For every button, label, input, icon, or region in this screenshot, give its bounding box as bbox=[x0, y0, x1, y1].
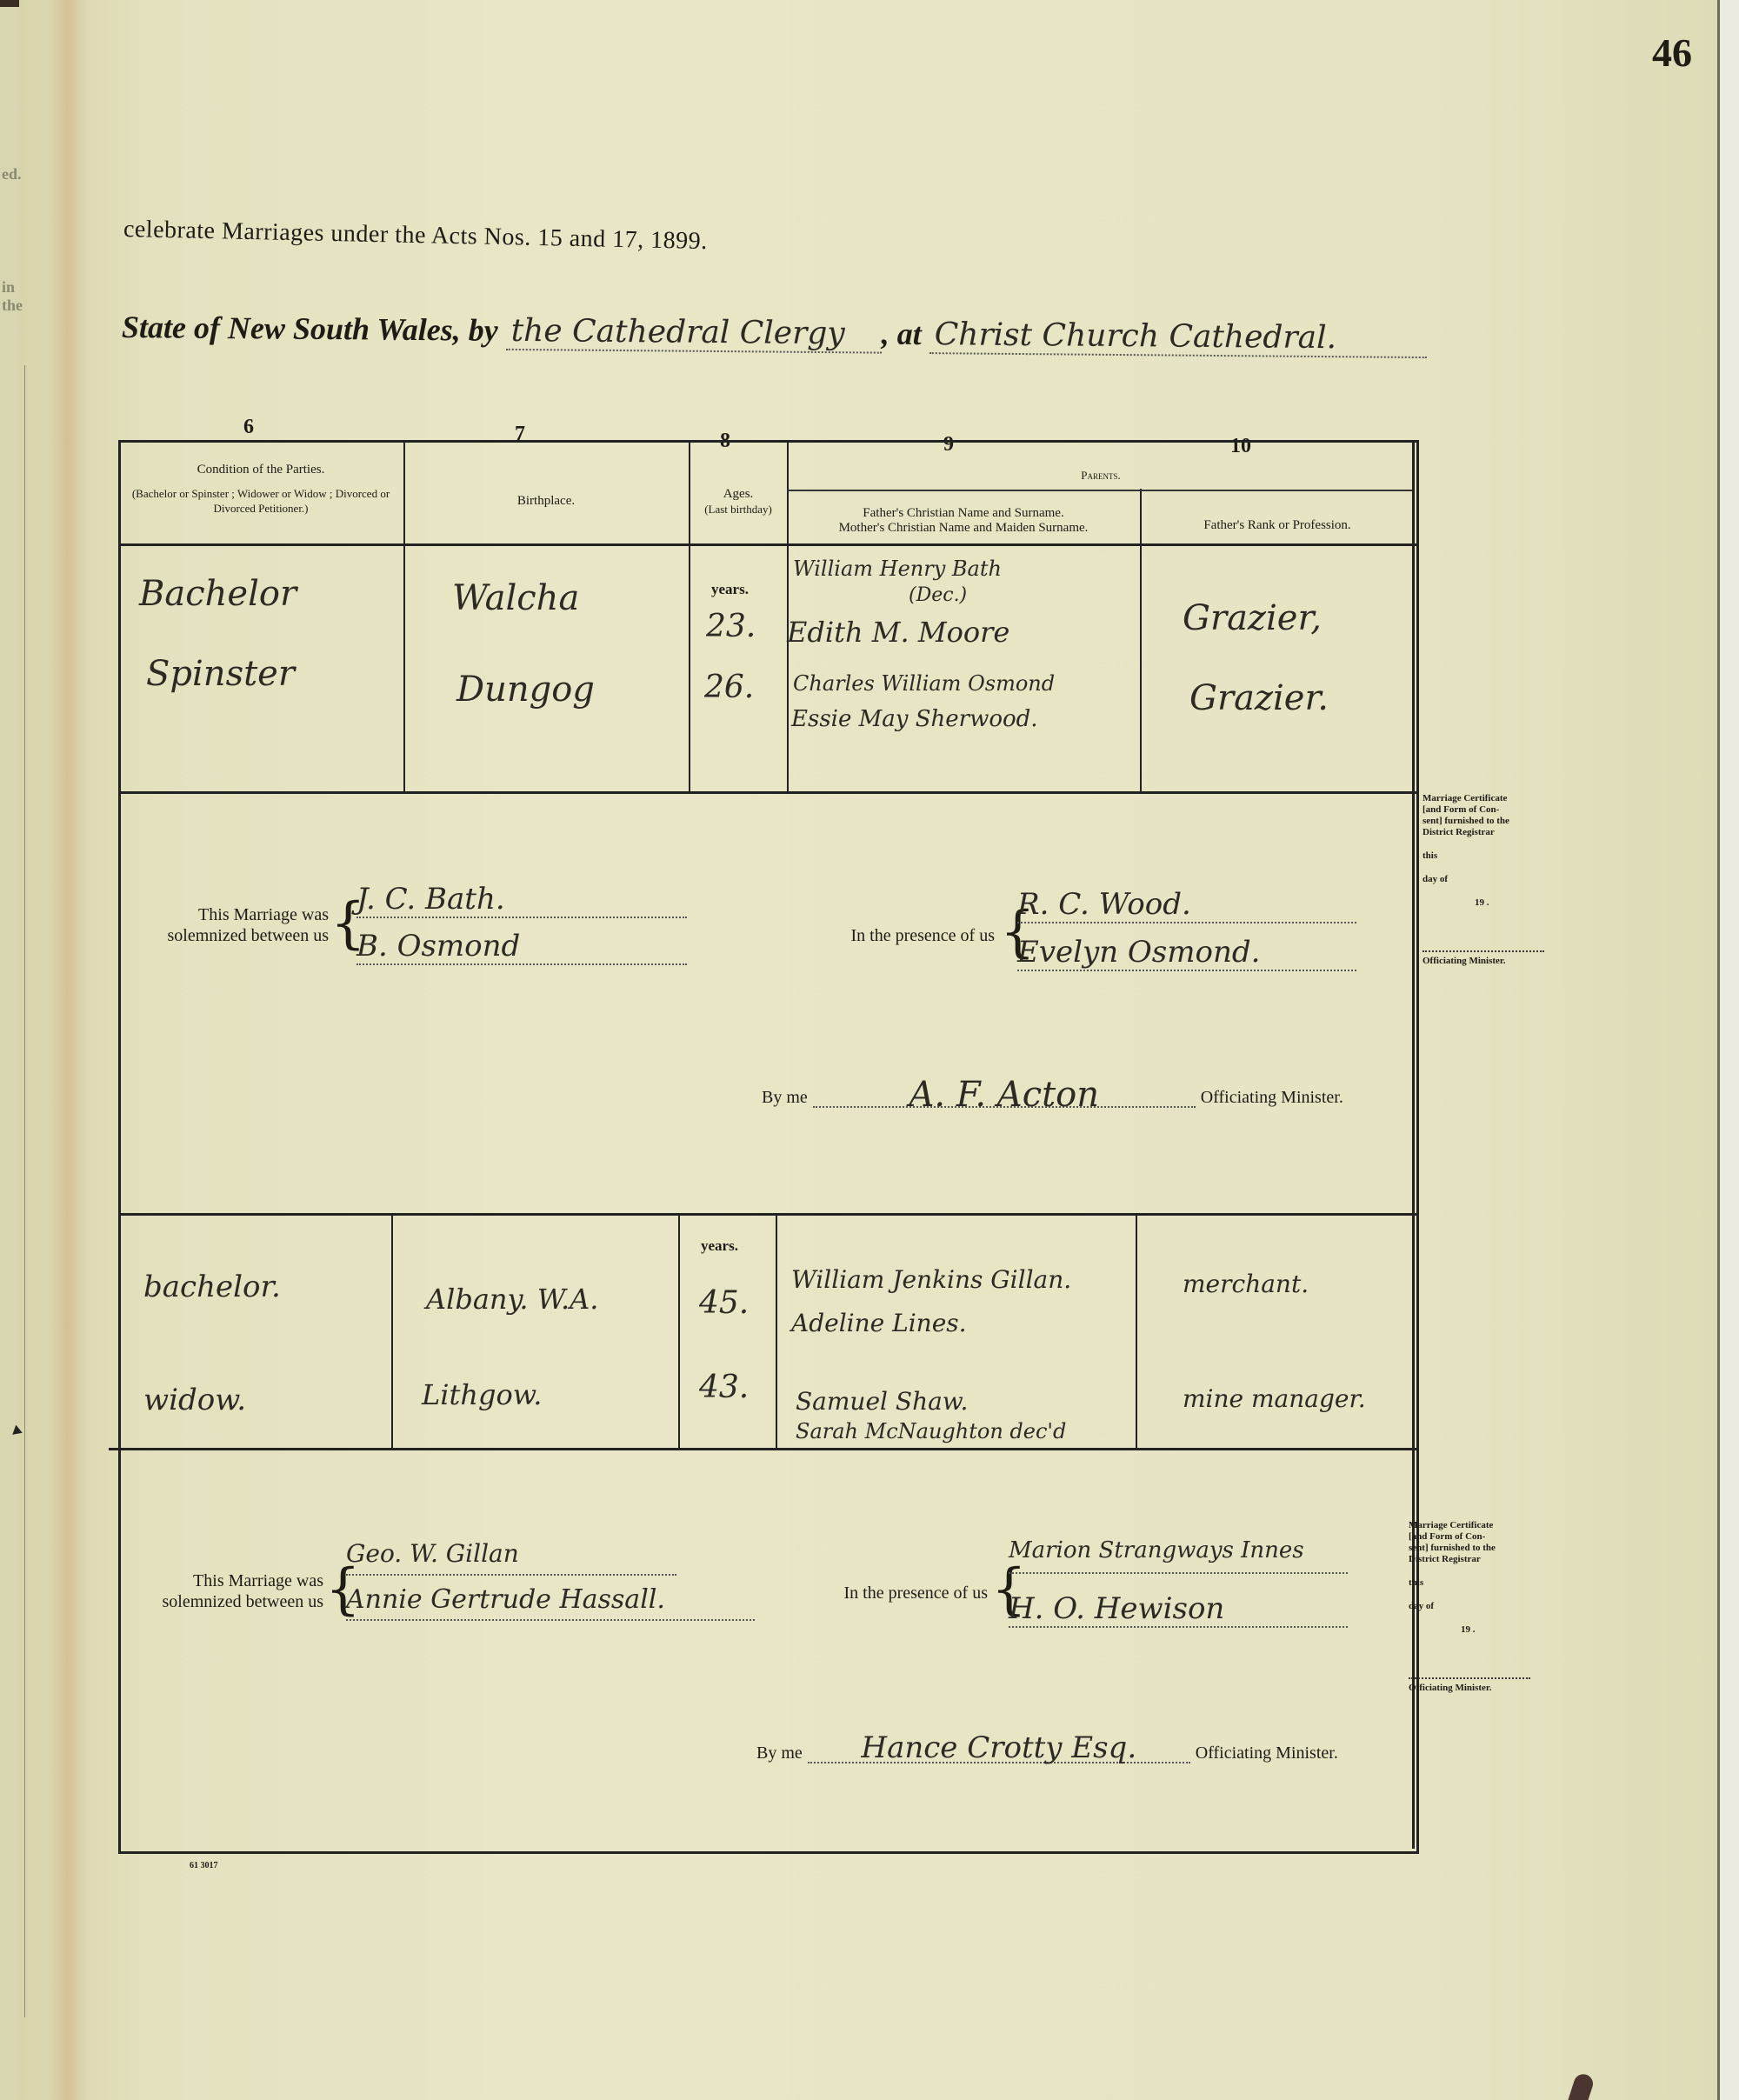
entry-1-groom-father: William Henry Bath bbox=[793, 557, 1002, 581]
facing-page-edge: ed. in the bbox=[0, 0, 35, 2100]
col-divider bbox=[403, 440, 405, 792]
entry-2-registrar-note: Marriage Certificate [and Form of Con- s… bbox=[1409, 1520, 1539, 1694]
register-table bbox=[118, 440, 1419, 1854]
entry-1-divider bbox=[118, 791, 1417, 794]
header-parents: Parents. bbox=[787, 468, 1415, 483]
entry-1-groom-father-profession: Grazier, bbox=[1183, 598, 1322, 638]
header-divider bbox=[118, 543, 1417, 546]
header-condition-subtitle: (Bachelor or Spinster ; Widower or Widow… bbox=[122, 486, 400, 516]
by-me-label: By me bbox=[762, 1088, 808, 1107]
solemnized-line-1: This Marriage was bbox=[113, 1570, 323, 1591]
entry-2-bride-signature: Annie Gertrude Hassall. bbox=[346, 1584, 755, 1621]
entry-2-solemnized-label: This Marriage was solemnized between us bbox=[113, 1570, 323, 1612]
entry-1-bride-father: Charles William Osmond bbox=[793, 671, 1055, 696]
entry-2-groom-mother: Adeline Lines. bbox=[791, 1309, 967, 1337]
entry-1-bride-birthplace: Dungog bbox=[456, 670, 595, 710]
note-line: [and Form of Con- bbox=[1423, 804, 1553, 816]
col-divider bbox=[776, 1213, 777, 1448]
entry-2-witness-1: Marion Strangways Innes bbox=[1009, 1537, 1348, 1574]
header-ages-subtitle: (Last birthday) bbox=[690, 502, 786, 517]
state-prefix: State of New South Wales, by bbox=[122, 310, 498, 348]
note-line: [and Form of Con- bbox=[1409, 1531, 1539, 1543]
entry-2-groom-father: William Jenkins Gillan. bbox=[791, 1265, 1071, 1294]
entry-2-groom-condition: bachelor. bbox=[143, 1270, 281, 1304]
entry-1-witness-2: Evelyn Osmond. bbox=[1017, 935, 1356, 971]
header-ages-title: Ages. bbox=[690, 487, 786, 502]
note-line: District Registrar bbox=[1423, 827, 1553, 838]
header-mother-name: Mother's Christian Name and Maiden Surna… bbox=[789, 521, 1138, 536]
printer-mark: 61 3017 bbox=[190, 1861, 218, 1870]
entry-1-presence-label: In the presence of us bbox=[783, 925, 995, 946]
note-this: this bbox=[1409, 1577, 1539, 1589]
note-line: sent] furnished to the bbox=[1409, 1543, 1539, 1554]
entry-2-divider bbox=[109, 1448, 1417, 1450]
officiating-label: Officiating Minister. bbox=[1201, 1088, 1343, 1107]
solemnized-line-1: This Marriage was bbox=[122, 904, 329, 925]
entry-1-groom-mother: Edith M. Moore bbox=[787, 616, 1009, 649]
entry-1-bride-condition: Spinster bbox=[146, 654, 295, 694]
col-divider bbox=[678, 1213, 680, 1448]
entry-1-bride-signature: B. Osmond bbox=[356, 929, 687, 965]
col-divider bbox=[391, 1213, 393, 1448]
entry-1-bride-age: 26. bbox=[704, 670, 754, 705]
header-condition: Condition of the Parties. (Bachelor or S… bbox=[122, 463, 400, 516]
page-right-edge bbox=[1717, 0, 1739, 2100]
entry-1-years-label: years. bbox=[711, 581, 749, 598]
note-this: this bbox=[1423, 850, 1553, 862]
entry-1-groom-signature: J. C. Bath. bbox=[356, 882, 687, 918]
entry-2-bride-father: Samuel Shaw. bbox=[796, 1387, 968, 1416]
note-line: Marriage Certificate bbox=[1409, 1520, 1539, 1531]
entry-1-registrar-note: Marriage Certificate [and Form of Con- s… bbox=[1423, 793, 1553, 967]
entry-2-top-divider bbox=[118, 1213, 1417, 1216]
solemnized-line-2: solemnized between us bbox=[122, 925, 329, 946]
clergy-field: the Cathedral Clergy bbox=[505, 313, 881, 354]
note-day-of: day of bbox=[1409, 1601, 1539, 1612]
entry-2-groom-birthplace: Albany. W.A. bbox=[426, 1283, 598, 1316]
entry-2-bride-condition: widow. bbox=[143, 1383, 246, 1417]
header-ages: Ages. (Last birthday) bbox=[690, 487, 786, 517]
officiating-label: Officiating Minister. bbox=[1196, 1743, 1338, 1763]
page-number: 46 bbox=[1652, 30, 1692, 76]
entry-1-groom-birthplace: Walcha bbox=[452, 578, 579, 618]
entry-1-groom-age: 23. bbox=[706, 609, 756, 644]
column-number-6: 6 bbox=[243, 416, 254, 439]
entry-2-bride-mother: Sarah McNaughton dec'd bbox=[796, 1419, 1066, 1443]
note-year: 19 . bbox=[1423, 897, 1553, 909]
note-line: District Registrar bbox=[1409, 1554, 1539, 1565]
entry-2-groom-father-profession: merchant. bbox=[1183, 1270, 1309, 1298]
col-divider bbox=[1136, 1213, 1137, 1448]
note-officiating: Officiating Minister. bbox=[1409, 1683, 1539, 1694]
entry-2-presence-label: In the presence of us bbox=[783, 1583, 988, 1603]
header-birthplace: Birthplace. bbox=[407, 494, 685, 509]
solemnized-line-2: solemnized between us bbox=[113, 1591, 323, 1612]
header-condition-title: Condition of the Parties. bbox=[122, 463, 400, 477]
entry-1-solemnized-label: This Marriage was solemnized between us bbox=[122, 904, 329, 946]
header-father-name: Father's Christian Name and Surname. bbox=[789, 506, 1138, 521]
place-field: Christ Church Cathedral. bbox=[929, 317, 1426, 358]
header-profession: Father's Rank or Profession. bbox=[1142, 518, 1413, 533]
entry-1-bride-father-profession: Grazier. bbox=[1189, 678, 1329, 718]
note-line: sent] furnished to the bbox=[1423, 816, 1553, 827]
entry-2-bride-father-profession: mine manager. bbox=[1183, 1384, 1366, 1413]
entry-2-witness-2: H. O. Hewison bbox=[1009, 1591, 1348, 1628]
note-year: 19 . bbox=[1409, 1624, 1539, 1636]
entry-1-minister-line: By meA. F. ActonOfficiating Minister. bbox=[762, 1075, 1343, 1108]
entry-2-groom-signature: Geo. W. Gillan bbox=[346, 1539, 676, 1576]
entry-1-groom-father-note: (Dec.) bbox=[909, 584, 967, 606]
entry-1-witness-1: R. C. Wood. bbox=[1017, 887, 1356, 923]
entry-1-bride-mother: Essie May Sherwood. bbox=[791, 706, 1038, 732]
parents-divider bbox=[787, 490, 1415, 491]
col-divider bbox=[1140, 489, 1142, 792]
note-line: Marriage Certificate bbox=[1423, 793, 1553, 804]
entry-2-minister-signature: Hance Crotty Esq. bbox=[808, 1730, 1190, 1763]
gutter-stain bbox=[48, 0, 87, 2100]
entry-2-minister-line: By meHance Crotty Esq.Officiating Minist… bbox=[756, 1730, 1338, 1763]
header-parent-names: Father's Christian Name and Surname. Mot… bbox=[789, 506, 1138, 536]
entry-2-bride-age: 43. bbox=[699, 1370, 749, 1405]
entry-1-minister-signature: A. F. Acton bbox=[813, 1075, 1196, 1108]
at-label: , at bbox=[882, 317, 922, 351]
by-me-label: By me bbox=[756, 1743, 803, 1763]
note-officiating: Officiating Minister. bbox=[1423, 956, 1553, 967]
entry-2-groom-age: 45. bbox=[699, 1285, 749, 1321]
entry-1-groom-condition: Bachelor bbox=[139, 574, 296, 614]
note-day-of: day of bbox=[1423, 874, 1553, 885]
entry-2-bride-birthplace: Lithgow. bbox=[422, 1378, 542, 1411]
entry-2-years-label: years. bbox=[701, 1237, 738, 1255]
